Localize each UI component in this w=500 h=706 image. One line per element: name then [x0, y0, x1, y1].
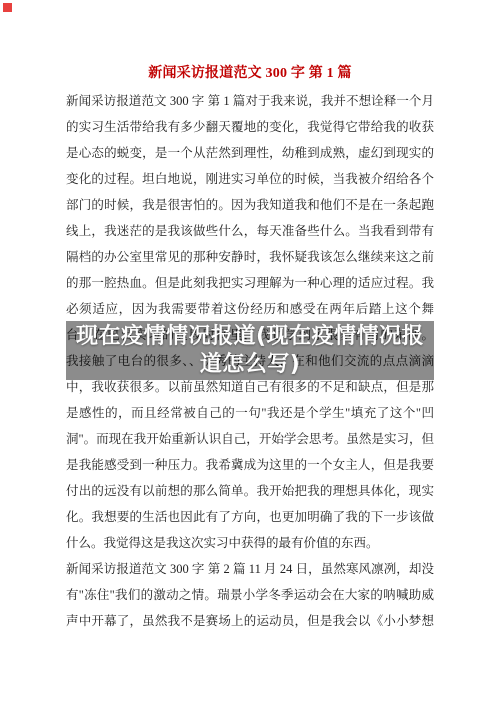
overlay-title-line-2: 道怎么写): [200, 351, 301, 379]
document-line: 是感性的，而且经常被自己的一句"我还是个学生"填充了这个"凹: [66, 400, 434, 426]
document-line: 新闻采访报道范文 300 字 第 2 篇 11 月 24 日，虽然寒风凛冽，却没: [66, 556, 434, 582]
document-line: 付出的远没有以前想的那么简单。我开始把我的理想具体化，现实: [66, 478, 434, 504]
red-corner-marker: [3, 3, 12, 12]
document-line: 化。我想要的生活也因此有了方向，也更加明确了我的下一步该做: [66, 504, 434, 530]
document-line: 声中开幕了，虽然我不是赛场上的运动员，但是我会以《小小梦想: [66, 608, 434, 634]
document-line: 线上，我迷茫的是我该做些什么，每天准备些什么。当我看到带有: [66, 218, 434, 244]
document-line: 是心态的蜕变，是一个从茫然到理性，幼稚到成熟，虚幻到现实的: [66, 140, 434, 166]
document-line: 隔档的办公室里常见的那种安静时，我怀疑我该怎么继续来这之前: [66, 244, 434, 270]
document-line: 洞"。而现在我开始重新认识自己，开始学会思考。虽然是实习，但: [66, 426, 434, 452]
document-line: 变化的过程。坦白地说，刚进实习单位的时候，当我被介绍给各个: [66, 166, 434, 192]
document-line: 什么。我觉得这是我这次实习中获得的最有价值的东西。: [66, 530, 434, 556]
document-line: 的实习生活带给我有多少翻天覆地的变化，我觉得它带给我的收获: [66, 114, 434, 140]
document-line: 新闻采访报道范文 300 字 第 1 篇对于我来说，我并不想诠释一个月: [66, 88, 434, 114]
overlay-title-line-1: 现在疫情情况报道(现在疫情情况报: [76, 323, 424, 351]
document-title: 新闻采访报道范文 300 字 第 1 篇: [0, 62, 500, 82]
document-line: 有"冻住"我们的激动之情。瑞景小学冬季运动会在大家的呐喊助威: [66, 582, 434, 608]
overlay-banner: 现在疫情情况报道(现在疫情情况报 道怎么写): [66, 321, 434, 380]
document-line: 的那一腔热血。但是此刻我把实习理解为一种心理的适应过程。我: [66, 270, 434, 296]
document-page: 新闻采访报道范文 300 字 第 1 篇 新闻采访报道范文 300 字 第 1 …: [0, 0, 500, 706]
document-line: 部门的时候，我是很害怕的。因为我知道我和他们不是在一条起跑: [66, 192, 434, 218]
document-line: 必须适应，因为我需要带着这份经历和感受在两年后踏上这个舞: [66, 296, 434, 322]
document-line: 是我能感受到一种压力。我希冀成为这里的一个女主人，但是我要: [66, 452, 434, 478]
